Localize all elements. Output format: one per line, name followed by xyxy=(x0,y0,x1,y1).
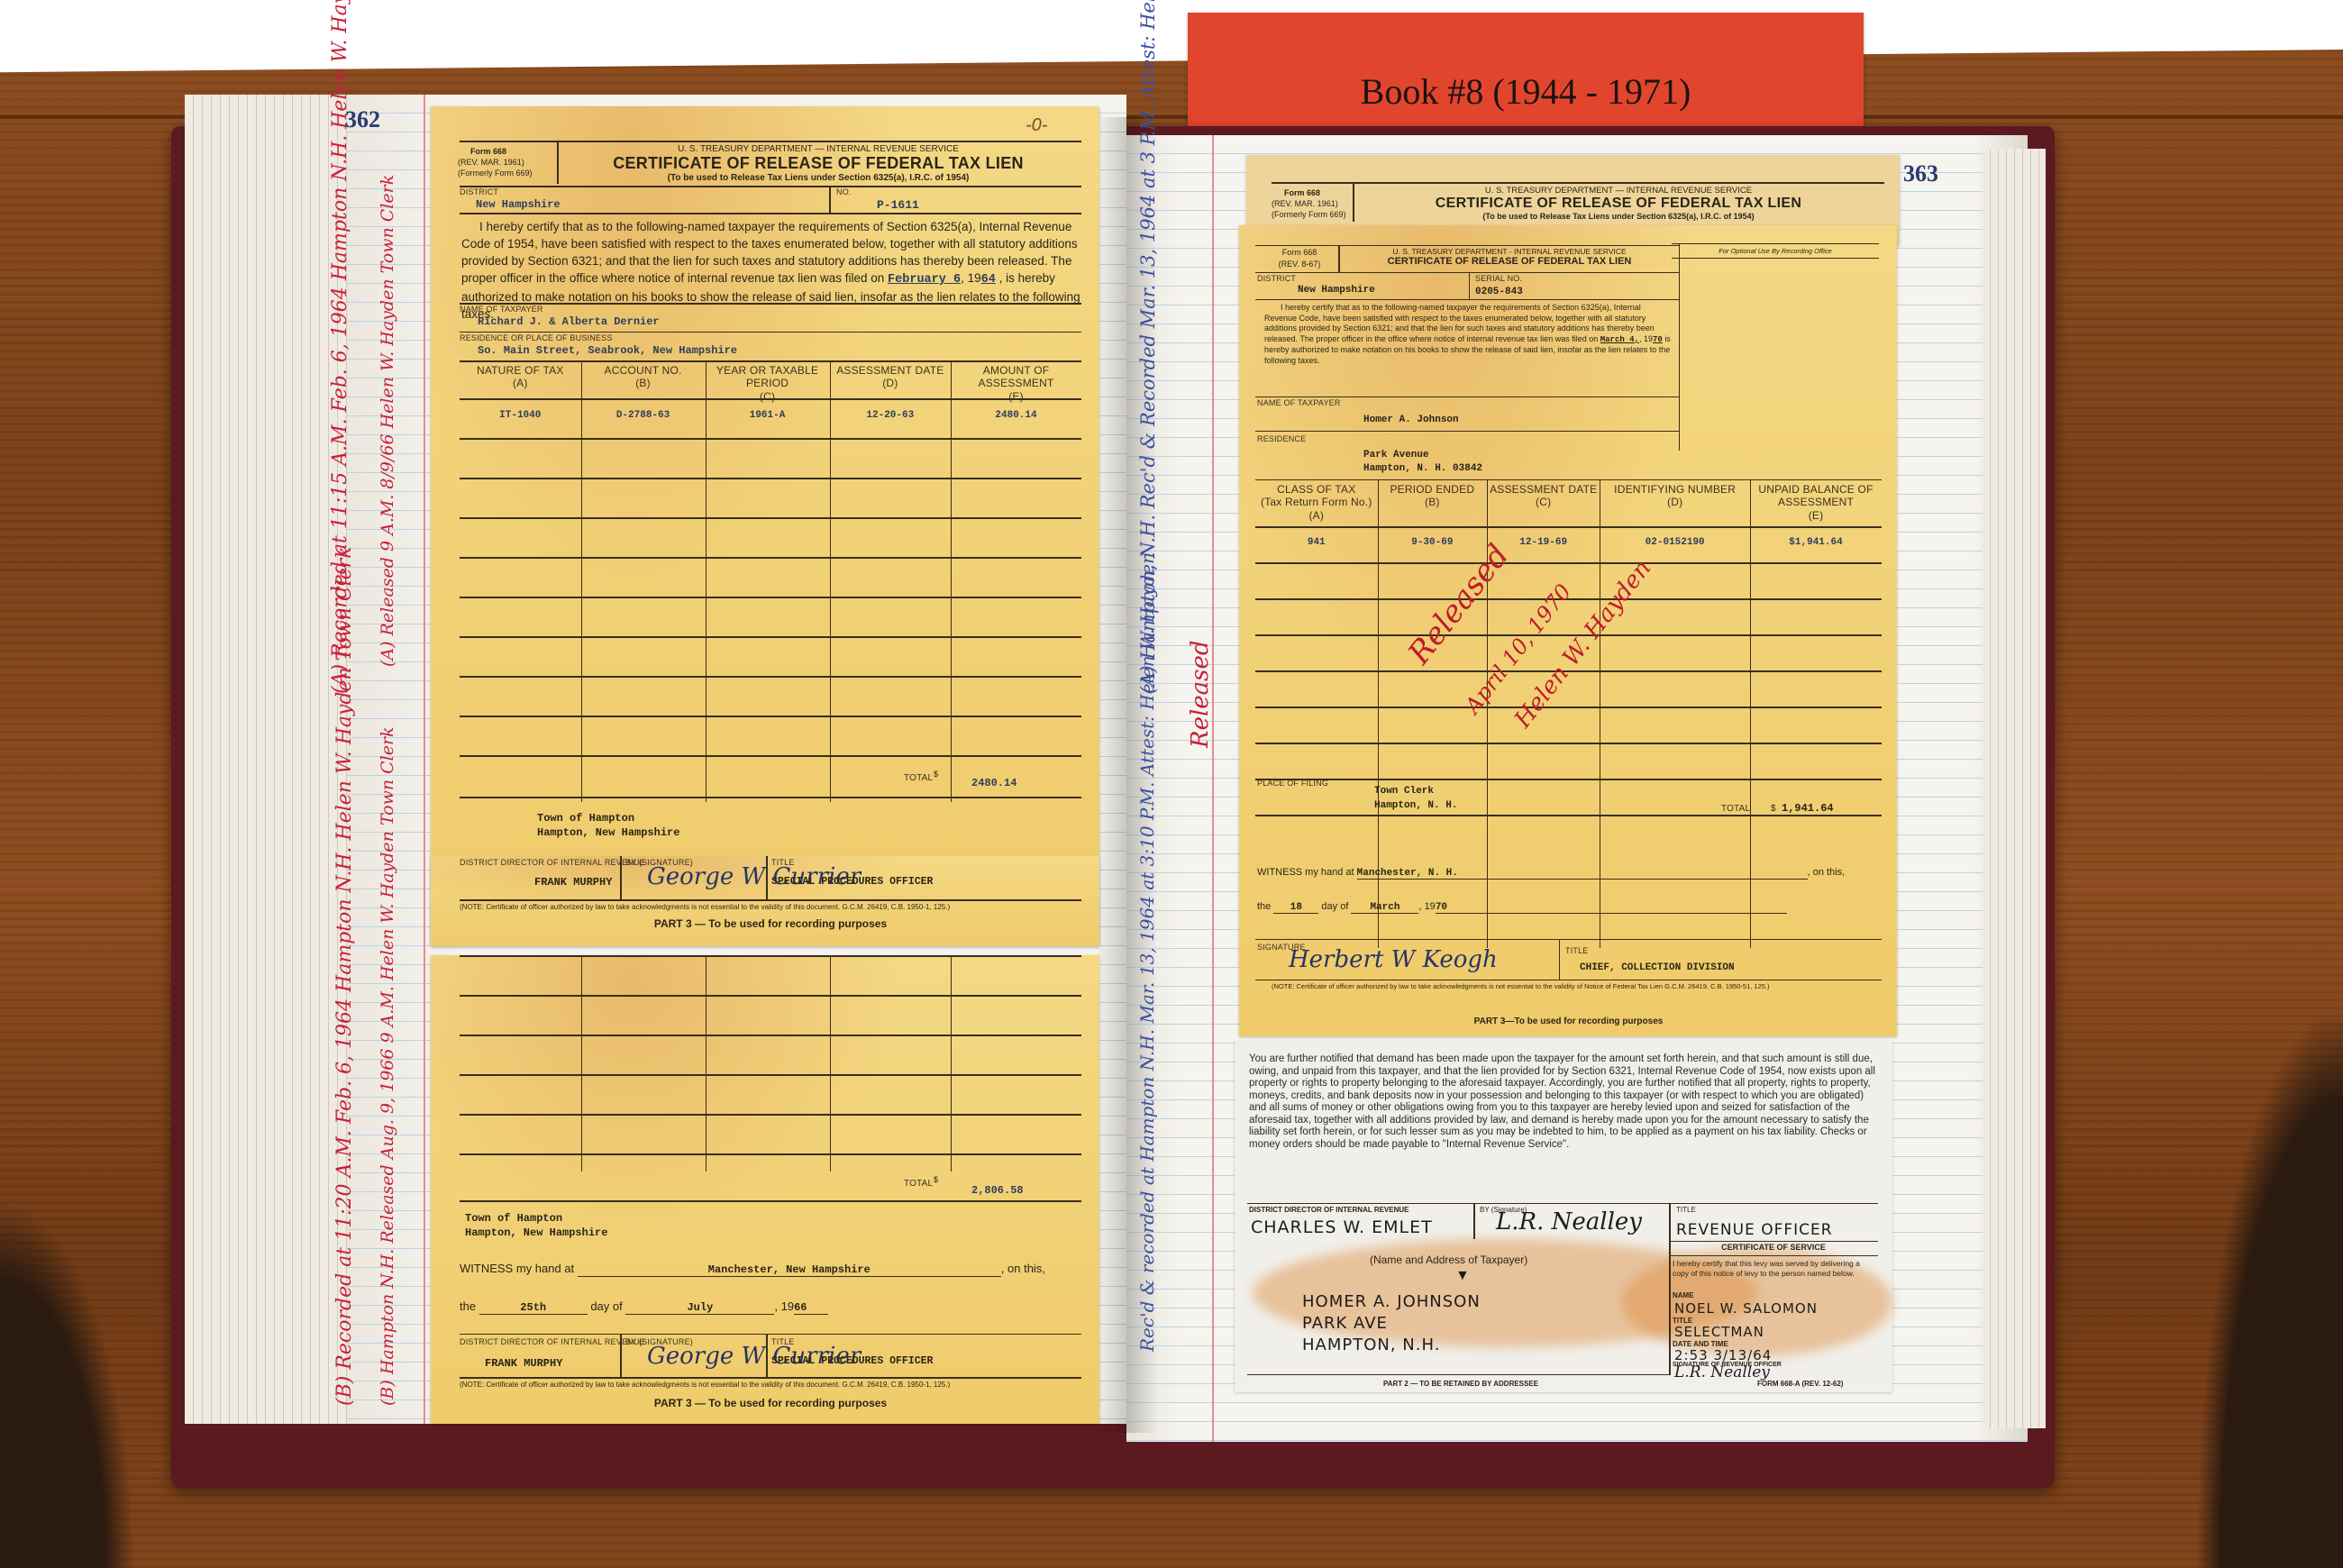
table-cell: 02-0152190 xyxy=(1600,537,1750,548)
table-header-cell: YEAR OR TAXABLE PERIOD(c) xyxy=(706,364,830,403)
table-cell: 1961-A xyxy=(706,410,830,421)
table-header-cell: AMOUNT OF ASSESSMENT(e) xyxy=(951,364,1081,403)
table-row-rule xyxy=(1255,779,1882,780)
legal-note: (NOTE: Certificate of officer authorized… xyxy=(460,903,1081,911)
table-header-cell: UNPAID BALANCE OF ASSESSMENT(e) xyxy=(1750,483,1882,522)
front-total-amount: 1,941.64 xyxy=(1782,802,1834,815)
table-row-rule xyxy=(460,955,1081,957)
legal-note-b: (NOTE: Certificate of officer authorized… xyxy=(460,1381,1081,1389)
table-column-divider xyxy=(951,955,952,1171)
front-filed-on-date: March 4, xyxy=(1600,335,1639,344)
front-form-id-block: Form 668 (REV. 8-67) xyxy=(1259,247,1340,270)
front-witness-line: WITNESS my hand at Manchester, N. H., on… xyxy=(1257,867,1883,880)
margin-note-released-right: Released xyxy=(1188,640,1215,748)
form-header: U. S. TREASURY DEPARTMENT — INTERNAL REV… xyxy=(557,144,1080,183)
table-header-cell: NATURE OF TAX(a) xyxy=(460,364,581,390)
left-margin-rule xyxy=(424,95,425,1424)
district-director-b: FRANK MURPHY xyxy=(485,1357,562,1370)
table-cell: $1,941.64 xyxy=(1750,537,1882,548)
place-of-filing: Town Clerk Hampton, N. H. xyxy=(1374,784,1457,813)
table-row-rule xyxy=(460,1153,1081,1155)
notice-of-levy-form-668a: You are further notified that demand has… xyxy=(1235,1041,1892,1392)
margin-note-released-a: (A) Released 9 A.M. 8/9/66 Helen W. Hayd… xyxy=(378,175,398,667)
table-row-rule xyxy=(1255,707,1882,708)
table-row-rule xyxy=(460,438,1081,440)
table-row-rule xyxy=(460,676,1081,678)
filed-on-date: February 6 xyxy=(888,273,961,287)
table-row-rule xyxy=(1255,562,1882,564)
table-cell: 941 xyxy=(1255,537,1378,548)
form-668a-id: FORM 668-A (REV. 12-62) xyxy=(1757,1380,1843,1388)
tax-lien-release-form-p1611: Form 668 (REV. MAR. 1961) (Formerly Form… xyxy=(431,106,1099,944)
taxpayer-name: Richard J. & Alberta Dernier xyxy=(478,315,660,328)
table-cell: IT-1040 xyxy=(460,410,581,421)
front-form-title: CERTIFICATE OF RELEASE OF FEDERAL TAX LI… xyxy=(1338,256,1681,267)
officer-title-b: SPECIAL PROCEDURES OFFICER xyxy=(771,1355,933,1367)
page-number-right: 363 xyxy=(1903,160,1938,187)
officer-title: SPECIAL PROCEDURES OFFICER xyxy=(771,876,933,888)
tax-lien-release-form-0205-843: Form 668 (REV. 8-67) U. S. TREASURY DEPA… xyxy=(1239,225,1897,1036)
table-column-divider xyxy=(706,955,707,1171)
front-officer-title: CHIEF, COLLECTION DIVISION xyxy=(1580,962,1735,973)
table-header-cell: ACCOUNT NO.(b) xyxy=(581,364,706,390)
certificate-of-service-text: I hereby certify that this levy was serv… xyxy=(1673,1259,1875,1279)
revenue-officer-signature: L.R. Nealley xyxy=(1674,1363,1770,1381)
table-header-cell: ASSESSMENT DATE(d) xyxy=(830,364,952,390)
table-column-divider xyxy=(581,360,582,802)
foreground-shadow-left xyxy=(0,1199,135,1568)
district-director: FRANK MURPHY xyxy=(534,876,612,889)
certification-text: I hereby certify that as to the followin… xyxy=(461,218,1083,323)
table-cell: 12-20-63 xyxy=(830,410,952,421)
table-column-divider xyxy=(951,360,952,802)
table-header-cell: CLASS OF TAX(Tax Return Form No.)(a) xyxy=(1255,483,1378,522)
table-row-rule xyxy=(1255,815,1882,816)
taxpayer-residence: So. Main Street, Seabrook, New Hampshire xyxy=(478,344,737,357)
addressee-block: Town of Hampton Hampton, New Hampshire xyxy=(537,811,679,840)
tax-table-blank xyxy=(460,955,1081,1171)
front-legal-note: (NOTE: Certificate of officer authorized… xyxy=(1272,982,1866,990)
table-row-rule xyxy=(460,1074,1081,1076)
table-row-rule xyxy=(1255,526,1882,528)
front-officer-signature: Herbert W Keogh xyxy=(1289,946,1498,973)
margin-note-released-b: (B) Hampton N.H. Released Aug. 9, 1966 9… xyxy=(378,726,398,1406)
levy-taxpayer-address: HOMER A. JOHNSON PARK AVE HAMPTON, N.H. xyxy=(1302,1291,1481,1356)
tax-lien-release-form-continuation: TOTAL $ 2,806.58 Town of Hampton Hampton… xyxy=(431,955,1099,1424)
serial-number: 0205-843 xyxy=(1475,287,1523,297)
levy-district-director: CHARLES W. EMLET xyxy=(1251,1217,1433,1237)
table-row-rule xyxy=(460,636,1081,638)
table-cell: 12-19-69 xyxy=(1487,537,1600,548)
table-row-rule xyxy=(460,755,1081,757)
witness-line-b: WITNESS my hand at Manchester, New Hamps… xyxy=(460,1262,1081,1277)
back-form-header: U. S. TREASURY DEPARTMENT — INTERNAL REV… xyxy=(1353,186,1884,221)
served-name: NOEL W. SALOMON xyxy=(1674,1300,1818,1317)
margin-note-recorded-right-b: Rec'd & recorded at Hampton N.H. Mar. 13… xyxy=(1137,552,1158,1352)
table-cell: 2480.14 xyxy=(951,410,1081,421)
witness-date-line-b: the 25th day of July, 1966 xyxy=(460,1299,828,1315)
levy-signature: L.R. Nealley xyxy=(1496,1208,1642,1235)
taxpayer-caption: (Name and Address of Taxpayer) xyxy=(1370,1253,1527,1266)
table-column-divider xyxy=(830,360,831,802)
tax-table: NATURE OF TAX(a)ACCOUNT NO.(b)YEAR OR TA… xyxy=(460,360,1081,802)
table-row-rule xyxy=(1255,634,1882,636)
front-part-3-label: PART 3—To be used for recording purposes xyxy=(1255,1016,1882,1026)
right-margin-rule xyxy=(1212,135,1214,1442)
front-taxpayer-name: Homer A. Johnson xyxy=(1363,415,1459,425)
front-witness-date-line: the 18 day of March, 1970 xyxy=(1257,901,1787,914)
front-taxpayer-residence: Park Avenue Hampton, N. H. 03842 xyxy=(1363,449,1482,476)
part-3-label-b: PART 3 — To be used for recording purpos… xyxy=(460,1397,1081,1409)
table-row-rule xyxy=(460,597,1081,598)
table-header-cell: IDENTIFYING NUMBER(d) xyxy=(1600,483,1750,509)
form-a-signature-section: DISTRICT DIRECTOR OF INTERNAL REVENUE FR… xyxy=(431,856,1099,946)
form-title: CERTIFICATE OF RELEASE OF FEDERAL TAX LI… xyxy=(557,154,1080,173)
table-row-rule xyxy=(460,517,1081,519)
addressee-block-b: Town of Hampton Hampton, New Hampshire xyxy=(465,1211,607,1240)
book-label-title: Book #8 (1944 - 1971) xyxy=(1188,70,1864,113)
table-row-rule xyxy=(460,1035,1081,1036)
front-certification-text: I hereby certify that as to the followin… xyxy=(1264,303,1674,366)
table-header-cell: ASSESSMENT DATE(c) xyxy=(1487,483,1600,509)
margin-note-recorded-b: (B) Recorded at 11:20 A.M. Feb. 6, 1964 … xyxy=(333,546,356,1406)
table-column-divider xyxy=(706,360,707,802)
total-amount: 2480.14 xyxy=(971,777,1017,789)
back-form-id-block: Form 668 (REV. MAR. 1961) (Formerly Form… xyxy=(1272,187,1353,220)
table-row-rule xyxy=(460,478,1081,479)
right-page-stack-edges xyxy=(1983,149,2046,1428)
part-2-label: PART 2 — TO BE RETAINED BY ADDRESSEE xyxy=(1383,1380,1538,1388)
table-row-rule xyxy=(460,398,1081,400)
table-column-divider xyxy=(581,955,582,1171)
table-row-rule xyxy=(460,1114,1081,1116)
served-title: SELECTMAN xyxy=(1674,1324,1764,1340)
levy-notice-text: You are further notified that demand has… xyxy=(1249,1053,1880,1151)
part-3-label: PART 3 — To be used for recording purpos… xyxy=(460,917,1081,930)
corner-mark: -0- xyxy=(1026,115,1047,136)
down-arrow-icon: ▼ xyxy=(1455,1268,1470,1284)
table-cell: D-2788-63 xyxy=(581,410,706,421)
table-row-rule xyxy=(460,995,1081,997)
table-row-rule xyxy=(460,716,1081,717)
foreground-shadow-right xyxy=(2199,1018,2343,1568)
table-row-rule xyxy=(460,557,1081,559)
front-form-header: U. S. TREASURY DEPARTMENT - INTERNAL REV… xyxy=(1338,247,1681,267)
lien-number: P-1611 xyxy=(877,198,919,212)
table-column-divider xyxy=(830,955,831,1171)
table-cell: 9-30-69 xyxy=(1378,537,1488,548)
front-district-value: New Hampshire xyxy=(1298,285,1375,296)
form-id-block: Form 668 (REV. MAR. 1961) (Formerly Form… xyxy=(458,146,557,178)
table-header-cell: PERIOD ENDED(b) xyxy=(1378,483,1488,509)
total-amount-b: 2,806.58 xyxy=(971,1184,1024,1197)
levy-officer-title: REVENUE OFFICER xyxy=(1676,1221,1833,1239)
district-value: New Hampshire xyxy=(476,198,561,211)
left-page-stack-edges xyxy=(185,95,347,1424)
table-row-rule xyxy=(1255,743,1882,744)
